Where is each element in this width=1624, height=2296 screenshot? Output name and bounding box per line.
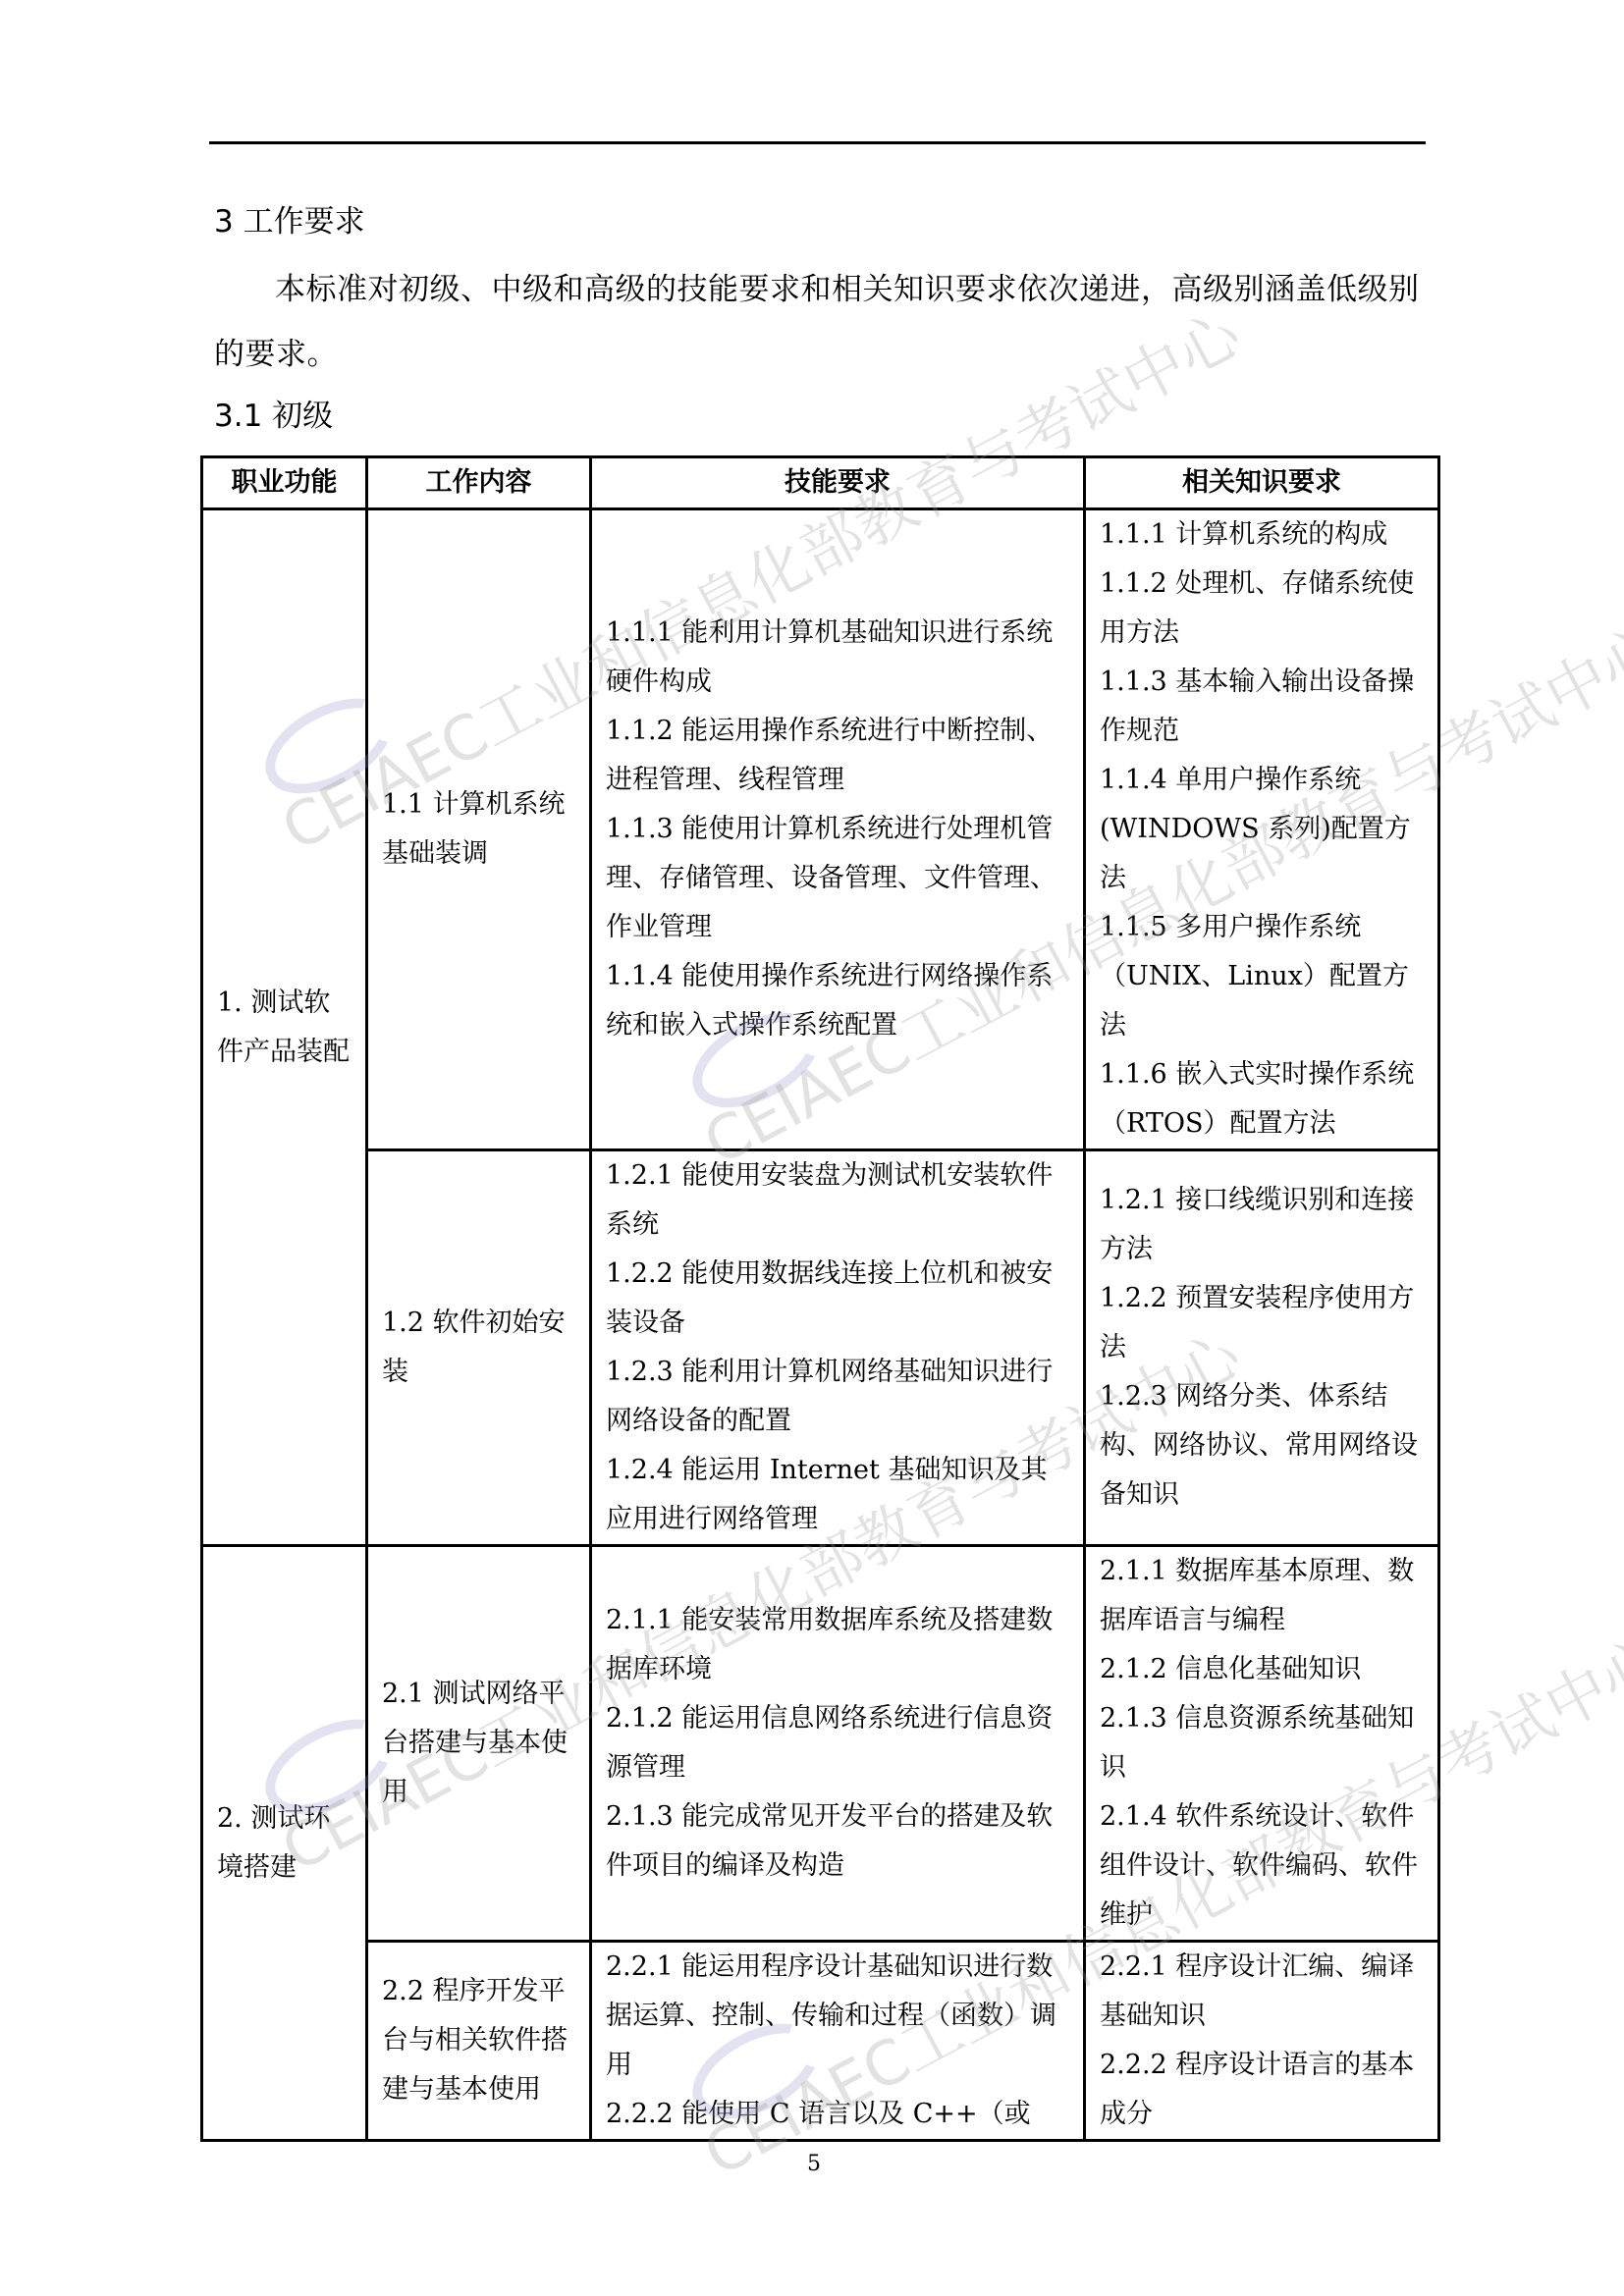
knowledge-item: 1.1.4 单用户操作系统(WINDOWS 系列)配置方法 bbox=[1100, 756, 1424, 903]
knowledge-item: 2.1.2 信息化基础知识 bbox=[1100, 1645, 1424, 1694]
header-skills: 技能要求 bbox=[591, 457, 1085, 509]
knowledge-item: 1.2.1 接口线缆识别和连接方法 bbox=[1100, 1176, 1424, 1274]
knowledge-item: 2.1.1 数据库基本原理、数据库语言与编程 bbox=[1100, 1547, 1424, 1645]
table-header-row: 职业功能 工作内容 技能要求 相关知识要求 bbox=[202, 457, 1439, 509]
knowledge-cell: 1.2.1 接口线缆识别和连接方法 1.2.2 预置安装程序使用方法 1.2.3… bbox=[1085, 1150, 1439, 1546]
knowledge-cell: 2.2.1 程序设计汇编、编译基础知识 2.2.2 程序设计语言的基本成分 bbox=[1085, 1942, 1439, 2141]
knowledge-cell: 1.1.1 计算机系统的构成 1.1.2 处理机、存储系统使用方法 1.1.3 … bbox=[1085, 509, 1439, 1150]
skill-item: 2.1.3 能完成常见开发平台的搭建及软件项目的编译及构造 bbox=[606, 1792, 1069, 1891]
skill-item: 2.1.2 能运用信息网络系统进行信息资源管理 bbox=[606, 1694, 1069, 1792]
knowledge-item: 2.1.3 信息资源系统基础知识 bbox=[1100, 1694, 1424, 1792]
knowledge-item: 1.1.6 嵌入式实时操作系统（RTOS）配置方法 bbox=[1100, 1050, 1424, 1148]
knowledge-item: 1.1.5 多用户操作系统（UNIX、Linux）配置方法 bbox=[1100, 903, 1424, 1050]
content-cell: 1.1 计算机系统基础装调 bbox=[367, 509, 591, 1150]
skill-item: 1.2.4 能运用 Internet 基础知识及其应用进行网络管理 bbox=[606, 1446, 1069, 1544]
skills-cell: 2.1.1 能安装常用数据库系统及搭建数据库环境 2.1.2 能运用信息网络系统… bbox=[591, 1546, 1085, 1942]
header-knowledge: 相关知识要求 bbox=[1085, 457, 1439, 509]
skill-item: 2.2.2 能使用 C 语言以及 C++（或 bbox=[606, 2090, 1069, 2139]
skill-item: 1.1.3 能使用计算机系统进行处理机管理、存储管理、设备管理、文件管理、作业管… bbox=[606, 805, 1069, 952]
table-row: 1. 测试软件产品装配 1.1 计算机系统基础装调 1.1.1 能利用计算机基础… bbox=[202, 509, 1439, 1150]
knowledge-item: 1.1.1 计算机系统的构成 bbox=[1100, 510, 1424, 560]
skill-item: 2.1.1 能安装常用数据库系统及搭建数据库环境 bbox=[606, 1596, 1069, 1694]
knowledge-item: 1.2.3 网络分类、体系结构、网络协议、常用网络设备知识 bbox=[1100, 1372, 1424, 1520]
header-content: 工作内容 bbox=[367, 457, 591, 509]
header-function: 职业功能 bbox=[202, 457, 367, 509]
skill-item: 1.2.1 能使用安装盘为测试机安装软件系统 bbox=[606, 1151, 1069, 1250]
knowledge-item: 2.2.1 程序设计汇编、编译基础知识 bbox=[1100, 1943, 1424, 2041]
page-number: 5 bbox=[807, 2152, 821, 2176]
section-heading: 3 工作要求 bbox=[214, 196, 365, 240]
skills-cell: 1.2.1 能使用安装盘为测试机安装软件系统 1.2.2 能使用数据线连接上位机… bbox=[591, 1150, 1085, 1546]
content-cell: 2.1 测试网络平台搭建与基本使用 bbox=[367, 1546, 591, 1942]
content-cell: 1.2 软件初始安装 bbox=[367, 1150, 591, 1546]
requirements-table: 职业功能 工作内容 技能要求 相关知识要求 1. 测试软件产品装配 1.1 计算… bbox=[200, 455, 1440, 2142]
header-rule bbox=[209, 141, 1426, 144]
skill-item: 1.1.2 能运用操作系统进行中断控制、进程管理、线程管理 bbox=[606, 707, 1069, 805]
knowledge-cell: 2.1.1 数据库基本原理、数据库语言与编程 2.1.2 信息化基础知识 2.1… bbox=[1085, 1546, 1439, 1942]
knowledge-item: 2.1.4 软件系统设计、软件组件设计、软件编码、软件维护 bbox=[1100, 1792, 1424, 1940]
table-row: 2. 测试环境搭建 2.1 测试网络平台搭建与基本使用 2.1.1 能安装常用数… bbox=[202, 1546, 1439, 1942]
content-cell: 2.2 程序开发平台与相关软件搭建与基本使用 bbox=[367, 1942, 591, 2141]
skill-item: 1.1.4 能使用操作系统进行网络操作系统和嵌入式操作系统配置 bbox=[606, 952, 1069, 1050]
skills-cell: 1.1.1 能利用计算机基础知识进行系统硬件构成 1.1.2 能运用操作系统进行… bbox=[591, 509, 1085, 1150]
function-cell: 1. 测试软件产品装配 bbox=[202, 509, 367, 1546]
skill-item: 2.2.1 能运用程序设计基础知识进行数据运算、控制、传输和过程（函数）调用 bbox=[606, 1943, 1069, 2090]
knowledge-item: 1.1.2 处理机、存储系统使用方法 bbox=[1100, 560, 1424, 658]
function-cell: 2. 测试环境搭建 bbox=[202, 1546, 367, 2141]
table-row: 1.2 软件初始安装 1.2.1 能使用安装盘为测试机安装软件系统 1.2.2 … bbox=[202, 1150, 1439, 1546]
knowledge-item: 1.2.2 预置安装程序使用方法 bbox=[1100, 1274, 1424, 1372]
section-paragraph: 本标准对初级、中级和高级的技能要求和相关知识要求依次递进，高级别涵盖低级别的要求… bbox=[214, 257, 1432, 387]
subsection-heading: 3.1 初级 bbox=[214, 391, 333, 435]
skills-cell: 2.2.1 能运用程序设计基础知识进行数据运算、控制、传输和过程（函数）调用 2… bbox=[591, 1942, 1085, 2141]
skill-item: 1.1.1 能利用计算机基础知识进行系统硬件构成 bbox=[606, 609, 1069, 707]
knowledge-item: 2.2.2 程序设计语言的基本成分 bbox=[1100, 2041, 1424, 2139]
knowledge-item: 1.1.3 基本输入输出设备操作规范 bbox=[1100, 658, 1424, 756]
skill-item: 1.2.3 能利用计算机网络基础知识进行网络设备的配置 bbox=[606, 1348, 1069, 1446]
table-row: 2.2 程序开发平台与相关软件搭建与基本使用 2.2.1 能运用程序设计基础知识… bbox=[202, 1942, 1439, 2141]
skill-item: 1.2.2 能使用数据线连接上位机和被安装设备 bbox=[606, 1250, 1069, 1348]
